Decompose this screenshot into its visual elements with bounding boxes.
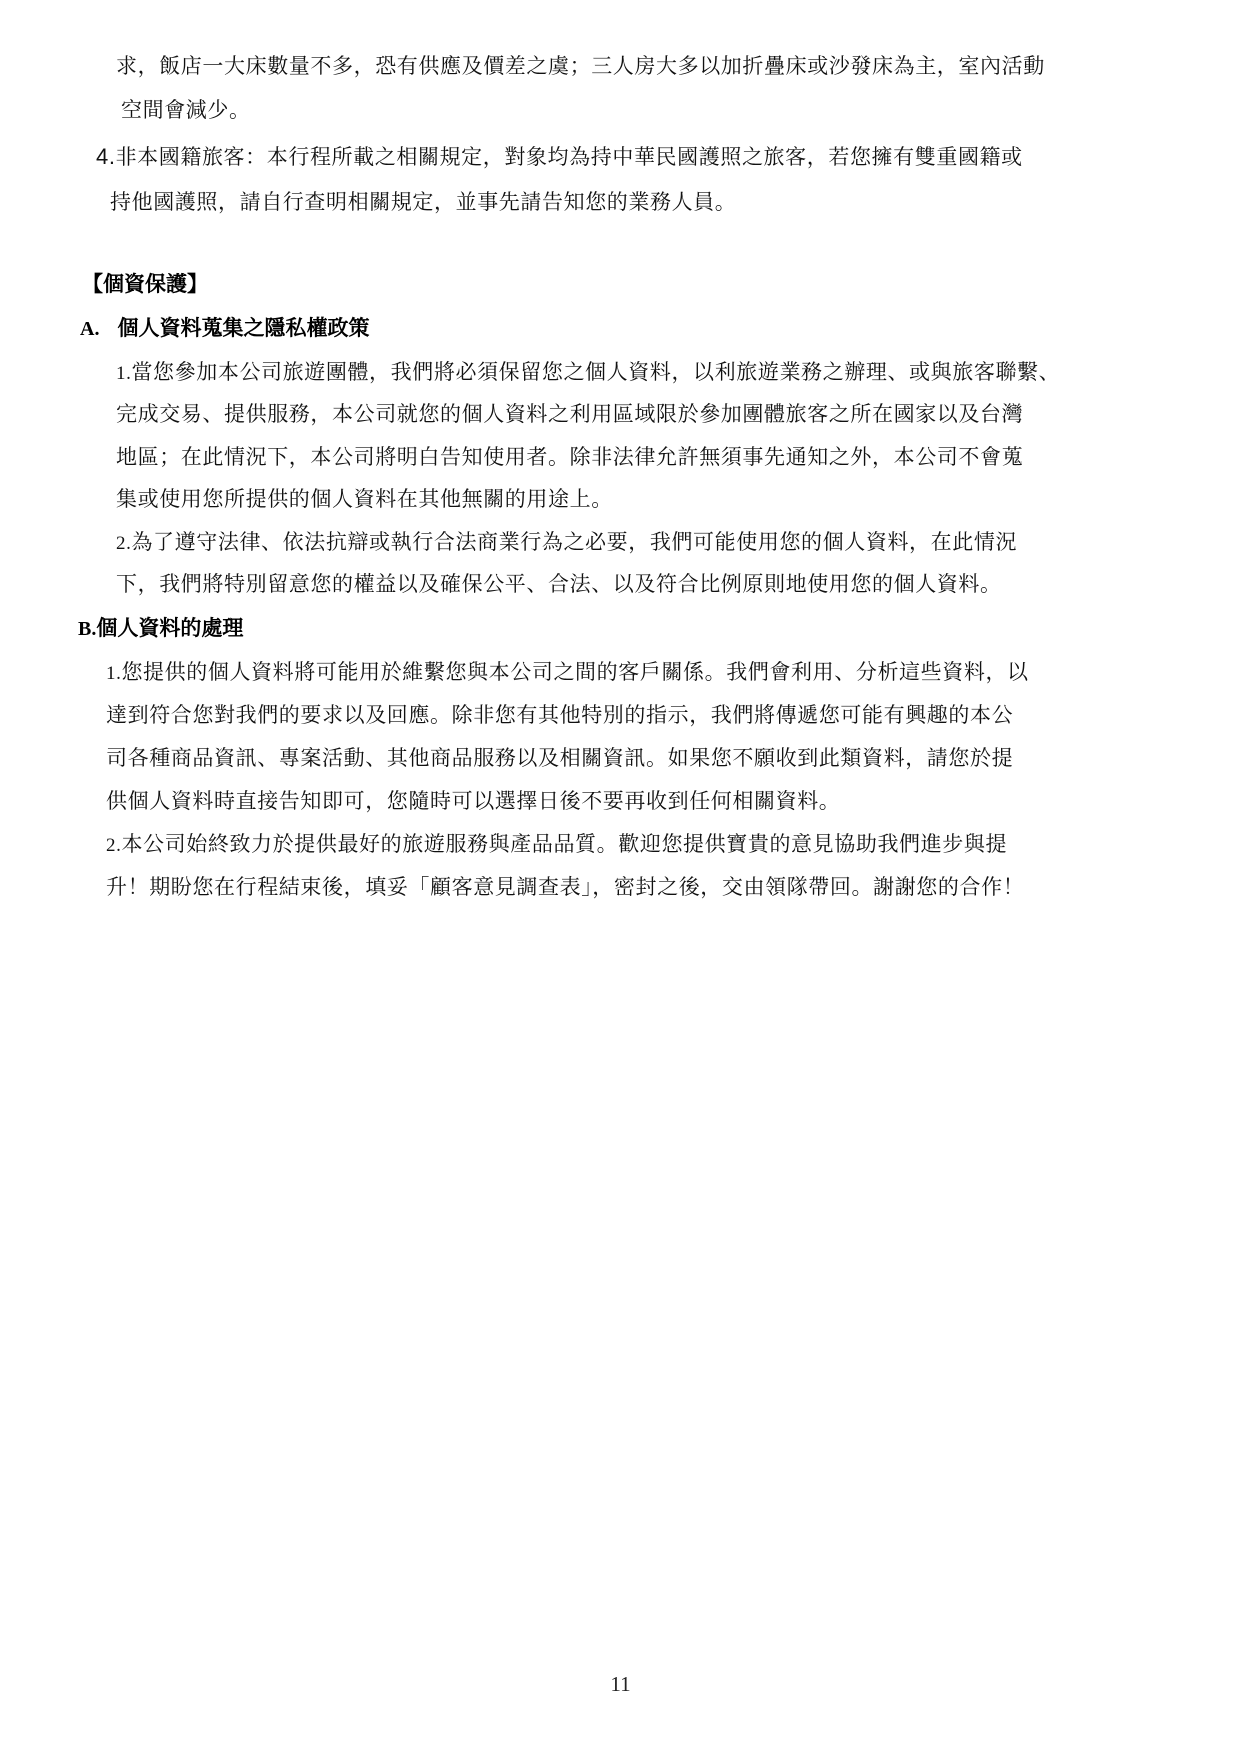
section-a-item-1-text: 當您參加本公司旅遊團體，我們將必須保留您之個人資料，以利旅遊業務之辦理、或與旅客…	[131, 360, 1060, 384]
section-b-title: 個人資料的處理	[96, 616, 243, 640]
section-a-heading: A.個人資料蒐集之隱私權政策	[80, 314, 369, 343]
section-b-item-2-text: 本公司始終致力於提供最好的旅遊服務與產品品質。歡迎您提供寶貴的意見協助我們進步與…	[121, 832, 1007, 856]
section-b-item-2-line-1: 2.本公司始終致力於提供最好的旅遊服務與產品品質。歡迎您提供寶貴的意見協助我們進…	[106, 830, 1007, 860]
section-b-letter: B.	[78, 618, 96, 640]
section-b-item-1-line-4: 供個人資料時直接告知即可，您隨時可以選擇日後不要再收到任何相關資料。	[106, 787, 840, 815]
continuation-line-1: 求，飯店一大床數量不多，恐有供應及價差之虞；三人房大多以加折疊床或沙發床為主，室…	[116, 52, 1045, 80]
section-a-item-1-line-2: 完成交易、提供服務，本公司就您的個人資料之利用區域限於參加團體旅客之所在國家以及…	[116, 400, 1023, 428]
section-b-heading: B.個人資料的處理	[78, 614, 243, 643]
section-b-item-2-number: 2.	[106, 835, 121, 856]
section-a-item-1-line-4: 集或使用您所提供的個人資料在其他無關的用途上。	[116, 485, 613, 513]
item-4-line-1: 4.非本國籍旅客：本行程所載之相關規定，對象均為持中華民國護照之旅客，若您擁有雙…	[96, 143, 1023, 171]
page-number: 11	[0, 1672, 1241, 1697]
section-b-item-2-line-2: 升！期盼您在行程結束後，填妥「顧客意見調查表」，密封之後，交由領隊帶回。謝謝您的…	[106, 873, 1024, 901]
privacy-section-title: 【個資保護】	[82, 270, 208, 298]
item-4-text: 非本國籍旅客：本行程所載之相關規定，對象均為持中華民國護照之旅客，若您擁有雙重國…	[116, 145, 1023, 169]
continuation-line-2: 空間會減少。	[121, 96, 251, 124]
section-a-item-2-line-2: 下，我們將特別留意您的權益以及確保公平、合法、以及符合比例原則地使用您的個人資料…	[116, 570, 1002, 598]
section-a-title: 個人資料蒐集之隱私權政策	[117, 316, 369, 340]
item-4-line-2: 持他國護照，請自行查明相關規定，並事先請告知您的業務人員。	[110, 188, 736, 216]
section-b-item-1-number: 1.	[106, 663, 121, 684]
section-a-item-1-line-3: 地區；在此情況下，本公司將明白告知使用者。除非法律允許無須事先通知之外，本公司不…	[116, 443, 1023, 471]
section-a-item-1-line-1: 1.當您參加本公司旅遊團體，我們將必須保留您之個人資料，以利旅遊業務之辦理、或與…	[116, 358, 1060, 388]
section-a-item-1-number: 1.	[116, 363, 131, 384]
section-b-item-1-line-3: 司各種商品資訊、專案活動、其他商品服務以及相關資訊。如果您不願收到此類資料，請您…	[106, 744, 1013, 772]
item-4-number: 4.	[96, 144, 116, 169]
section-a-item-2-line-1: 2.為了遵守法律、依法抗辯或執行合法商業行為之必要，我們可能使用您的個人資料，在…	[116, 528, 1017, 558]
section-b-item-1-line-1: 1.您提供的個人資料將可能用於維繫您與本公司之間的客戶關係。我們會利用、分析這些…	[106, 658, 1029, 688]
section-a-item-2-text: 為了遵守法律、依法抗辯或執行合法商業行為之必要，我們可能使用您的個人資料，在此情…	[131, 530, 1017, 554]
section-b-item-1-text: 您提供的個人資料將可能用於維繫您與本公司之間的客戶關係。我們會利用、分析這些資料…	[121, 660, 1028, 684]
section-a-item-2-number: 2.	[116, 533, 131, 554]
section-a-letter: A.	[80, 318, 99, 340]
section-b-item-1-line-2: 達到符合您對我們的要求以及回應。除非您有其他特別的指示，我們將傳遞您可能有興趣的…	[106, 701, 1013, 729]
